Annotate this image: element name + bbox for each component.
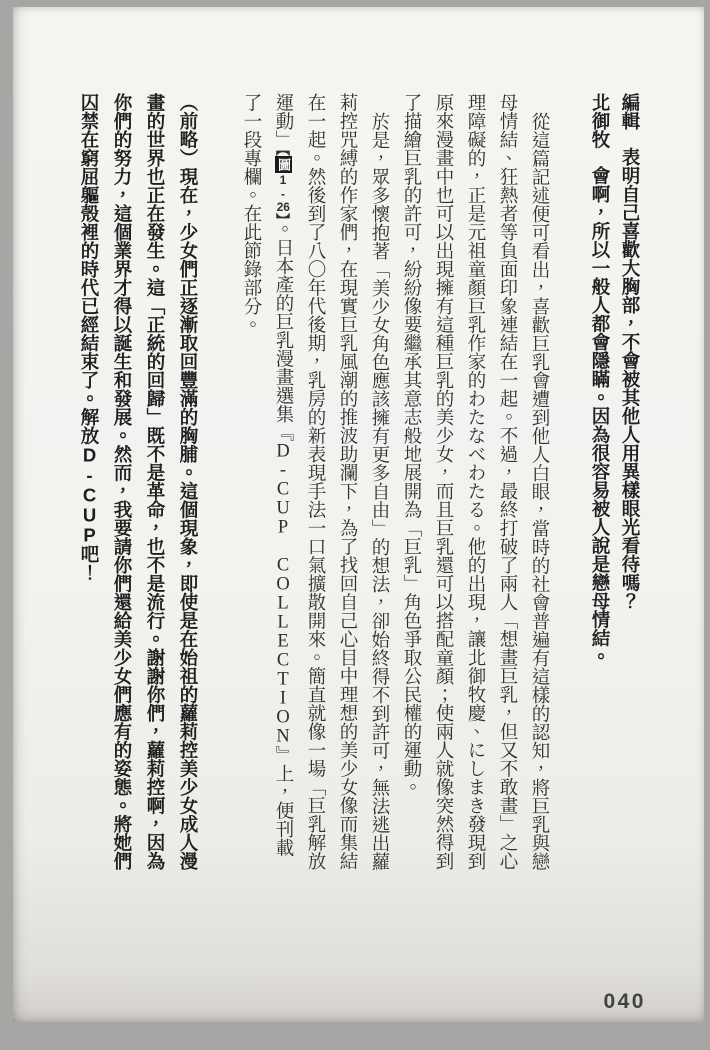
quote-text: 吧！ [79,545,100,582]
figure-reference-open-bracket: 【 [275,149,291,156]
quote-section: （前略）現在，少女們正逐漸取回豐滿的胸脯。這個現象，即使是在始祖的蘿莉控美少女成… [73,93,205,871]
dialogue-line-kitamimaki: 北御牧會啊，所以一般人都會隱瞞。因為很容易被人說是戀母情結。 [585,93,615,871]
figure-reference-close-bracket: 】 [275,213,291,220]
vertical-text-flow: 編輯表明自己喜歡大胸部，不會被其他人用異樣眼光看待嗎？ 北御牧會啊，所以一般人都… [73,93,645,871]
body-paragraph-2: 於是，眾多懷抱著「美少女角色應該擁有更多自由」的想法，卻始終得不到許可，無法逃出… [235,93,395,871]
quote-latin-dcup: D-CUP [79,445,100,545]
body-paragraph-1: 從這篇記述便可看出，喜歡巨乳會遭到他人白眼，當時的社會普遍有這樣的認知，將巨乳與… [395,93,555,871]
figure-reference: 【圖1-26】 [273,149,294,220]
figure-box-icon: 圖 [275,156,292,173]
figure-number: 1-26 [276,173,290,213]
dialogue-text: 會啊，所以一般人都會隱瞞。因為很容易被人說是戀母情結。 [590,166,611,666]
page-number: 040 [603,990,646,1014]
speaker-label: 北御牧 [590,93,611,149]
dialogue-section: 編輯表明自己喜歡大胸部，不會被其他人用異樣眼光看待嗎？ 北御牧會啊，所以一般人都… [585,93,645,871]
dialogue-text: 表明自己喜歡大胸部，不會被其他人用異樣眼光看待嗎？ [620,148,641,611]
body-section: 從這篇記述便可看出，喜歡巨乳會遭到他人白眼，當時的社會普遍有這樣的認知，將巨乳與… [235,93,555,871]
speaker-label: 編輯 [620,93,641,130]
body-paragraph-2-text: 。日本產的巨乳漫畫選集『 [273,220,293,442]
dialogue-line-editor: 編輯表明自己喜歡大胸部，不會被其他人用異樣眼光看待嗎？ [615,93,645,871]
book-page: 編輯表明自己喜歡大胸部，不會被其他人用異樣眼光看待嗎？ 北御牧會啊，所以一般人都… [13,7,704,1022]
quote-paragraph: （前略）現在，少女們正逐漸取回豐滿的胸脯。這個現象，即使是在始祖的蘿莉控美少女成… [73,93,205,871]
scan-frame: { "page": { "number": "040" }, "colors":… [0,0,710,1050]
anthology-title-latin: D-CUP COLLECTION [273,442,293,746]
